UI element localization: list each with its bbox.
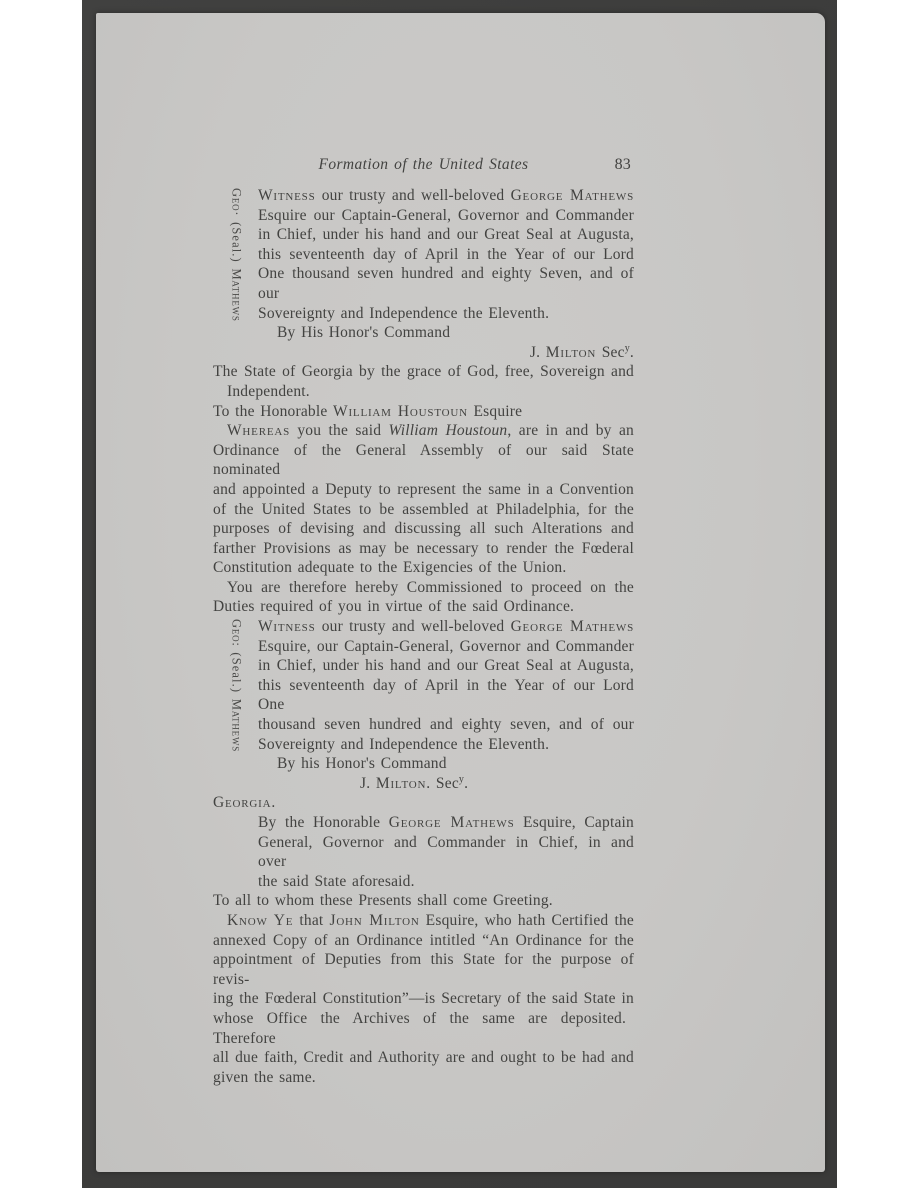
text-line: given the same.	[213, 1068, 634, 1088]
text-segment: Milton	[546, 344, 596, 361]
text-line: of the United States to be assembled at …	[213, 500, 634, 520]
text-line: Esquire, our Captain-General, Governor a…	[258, 637, 634, 657]
text-segment: George Mathews	[389, 814, 515, 831]
text-segment: whose Office the Archives of the same ar…	[213, 1010, 634, 1047]
text-segment: Constitution adequate to the Exigencies …	[213, 559, 566, 576]
text-segment: that	[293, 912, 329, 929]
text-segment: , are in and by an	[507, 422, 634, 439]
text-segment: in Chief, under his hand and our Great S…	[258, 657, 634, 674]
text-segment: John Milton	[329, 912, 419, 929]
margin-note: Geo· (Seal.) Mathews	[226, 188, 246, 322]
paragraph: Geo: (Seal.) MathewsWitness our trusty a…	[213, 617, 634, 793]
text-segment: purposes of devising and discussing all …	[213, 520, 634, 537]
paragraph: Geo· (Seal.) MathewsWitness our trusty a…	[213, 186, 634, 362]
text-segment: J.	[530, 344, 546, 361]
text-segment: our trusty and well-beloved	[316, 187, 511, 204]
text-line: J. Milton. Secy.	[258, 774, 634, 794]
text-line: annexed Copy of an Ordinance intitled “A…	[213, 931, 634, 951]
text-segment: .	[630, 344, 634, 361]
text-segment: By the Honorable	[258, 814, 389, 831]
text-segment: (Seal.)	[230, 647, 244, 699]
text-segment: Witness	[258, 618, 316, 635]
text-segment: and appointed a Deputy to represent the …	[213, 481, 634, 498]
text-segment: Know Ye	[227, 912, 293, 929]
text-line: Sovereignty and Independence the Elevent…	[258, 304, 634, 324]
text-segment: ing the Fœderal Constitution”—is Secreta…	[213, 990, 634, 1007]
text-segment: our trusty and well-beloved	[316, 618, 511, 635]
text-line: One thousand seven hundred and eighty Se…	[258, 264, 634, 303]
text-line: the said State aforesaid.	[258, 872, 634, 892]
text-segment: Independent.	[227, 383, 310, 400]
text-segment: Sec	[596, 344, 625, 361]
text-line: ing the Fœderal Constitution”—is Secreta…	[213, 989, 634, 1009]
text-segment: Mathews	[230, 269, 244, 322]
text-segment: General, Governor and Commander in Chief…	[258, 834, 634, 871]
paragraph: You are therefore hereby Commissioned to…	[213, 578, 634, 617]
text-segment: Sovereignty and Independence the Elevent…	[258, 736, 549, 753]
text-segment: this seventeenth day of April in the Yea…	[258, 246, 634, 263]
text-segment: farther Provisions as may be necessary t…	[213, 540, 634, 557]
text-segment: given the same.	[213, 1069, 316, 1086]
text-segment: . Sec	[426, 775, 459, 792]
text-line: whose Office the Archives of the same ar…	[213, 1009, 634, 1048]
text-line: By the Honorable George Mathews Esquire,…	[258, 813, 634, 833]
text-segment: Esquire, our Captain-General, Governor a…	[258, 638, 634, 655]
text-segment: Mathews	[230, 699, 244, 752]
text-segment: By his Honor's Command	[277, 755, 447, 772]
paragraph: The State of Georgia by the grace of God…	[213, 362, 634, 401]
text-line: thousand seven hundred and eighty seven,…	[258, 715, 634, 735]
text-line: all due faith, Credit and Authority are …	[213, 1048, 634, 1068]
text-line: Independent.	[213, 382, 634, 402]
text-body: Geo· (Seal.) MathewsWitness our trusty a…	[213, 186, 634, 1087]
text-segment: (Seal.)	[230, 216, 244, 268]
text-segment: To all to whom these Presents shall come…	[213, 892, 553, 909]
paragraph: To all to whom these Presents shall come…	[213, 891, 634, 911]
text-segment: of the United States to be assembled at …	[213, 501, 634, 518]
page-header: Formation of the United States 83	[213, 155, 634, 177]
text-segment: William Houstoun	[389, 422, 508, 439]
text-segment: you the said	[290, 422, 389, 439]
text-segment: William Houstoun	[333, 403, 468, 420]
text-segment: To the Honorable	[213, 403, 333, 420]
text-segment: Milton	[376, 775, 426, 792]
text-line: General, Governor and Commander in Chief…	[258, 833, 634, 872]
text-segment: Esquire our Captain-General, Governor an…	[258, 207, 634, 224]
text-segment: George Mathews	[511, 618, 634, 635]
text-segment: thousand seven hundred and eighty seven,…	[258, 716, 634, 733]
text-segment: Sovereignty and Independence the Elevent…	[258, 305, 549, 322]
text-segment: Geo:	[230, 619, 244, 647]
text-line: By his Honor's Command	[258, 754, 634, 774]
text-line: purposes of devising and discussing all …	[213, 519, 634, 539]
text-segment: You are therefore hereby Commissioned to…	[227, 579, 634, 596]
text-segment: Geo·	[230, 188, 244, 216]
text-line: Whereas you the said William Houstoun, a…	[213, 421, 634, 441]
book-page-paper: Formation of the United States 83 Geo· (…	[96, 13, 825, 1172]
scanner-bed-background: Formation of the United States 83 Geo· (…	[82, 0, 837, 1188]
text-segment: Whereas	[227, 422, 290, 439]
text-segment: The State of Georgia by the grace of God…	[213, 363, 634, 380]
text-line: in Chief, under his hand and our Great S…	[258, 656, 634, 676]
text-line: To all to whom these Presents shall come…	[213, 891, 634, 911]
text-segment: Esquire, Captain	[515, 814, 634, 831]
text-segment: this seventeenth day of April in the Yea…	[258, 677, 634, 714]
text-line: Duties required of you in virtue of the …	[213, 597, 634, 617]
page-title: Formation of the United States	[213, 155, 634, 175]
paragraph: Know Ye that John Milton Esquire, who ha…	[213, 911, 634, 1087]
page-number: 83	[615, 155, 631, 175]
paragraph: By the Honorable George Mathews Esquire,…	[213, 813, 634, 891]
paragraph: To the Honorable William Houstoun Esquir…	[213, 402, 634, 422]
text-line: this seventeenth day of April in the Yea…	[258, 676, 634, 715]
text-segment: Esquire	[468, 403, 522, 420]
text-line: farther Provisions as may be necessary t…	[213, 539, 634, 559]
text-line: Know Ye that John Milton Esquire, who ha…	[213, 911, 634, 931]
text-segment: .	[464, 775, 468, 792]
text-segment: George Mathews	[511, 187, 634, 204]
text-line: Sovereignty and Independence the Elevent…	[258, 735, 634, 755]
text-segment: in Chief, under his hand and our Great S…	[258, 226, 634, 243]
text-segment: all due faith, Credit and Authority are …	[213, 1049, 634, 1066]
text-segment: Ordinance of the General Assembly of our…	[213, 442, 634, 479]
text-segment: annexed Copy of an Ordinance intitled “A…	[213, 932, 634, 949]
text-column: Formation of the United States 83 Geo· (…	[213, 155, 634, 1087]
text-line: Witness our trusty and well-beloved Geor…	[258, 186, 634, 206]
text-segment: Witness	[258, 187, 316, 204]
text-segment: the said State aforesaid.	[258, 873, 415, 890]
text-line: Witness our trusty and well-beloved Geor…	[258, 617, 634, 637]
text-line: The State of Georgia by the grace of God…	[213, 362, 634, 382]
text-segment: J.	[360, 775, 376, 792]
margin-note: Geo: (Seal.) Mathews	[226, 619, 246, 752]
text-segment: Esquire, who hath Certified the	[420, 912, 634, 929]
text-line: appointment of Deputies from this State …	[213, 950, 634, 989]
text-line: J. Milton Secy.	[258, 343, 634, 363]
text-line: By His Honor's Command	[258, 323, 634, 343]
text-segment: By His Honor's Command	[277, 324, 450, 341]
text-line: Constitution adequate to the Exigencies …	[213, 558, 634, 578]
paragraph: Whereas you the said William Houstoun, a…	[213, 421, 634, 578]
text-segment: One thousand seven hundred and eighty Se…	[258, 265, 634, 302]
text-line: To the Honorable William Houstoun Esquir…	[213, 402, 634, 422]
text-segment: Georgia.	[213, 794, 276, 811]
text-line: Esquire our Captain-General, Governor an…	[258, 206, 634, 226]
text-line: You are therefore hereby Commissioned to…	[213, 578, 634, 598]
text-segment: Duties required of you in virtue of the …	[213, 598, 574, 615]
text-line: in Chief, under his hand and our Great S…	[258, 225, 634, 245]
text-line: Georgia.	[213, 793, 634, 813]
text-line: Ordinance of the General Assembly of our…	[213, 441, 634, 480]
text-line: this seventeenth day of April in the Yea…	[258, 245, 634, 265]
text-segment: appointment of Deputies from this State …	[213, 951, 634, 988]
paragraph: Georgia.	[213, 793, 634, 813]
text-line: and appointed a Deputy to represent the …	[213, 480, 634, 500]
